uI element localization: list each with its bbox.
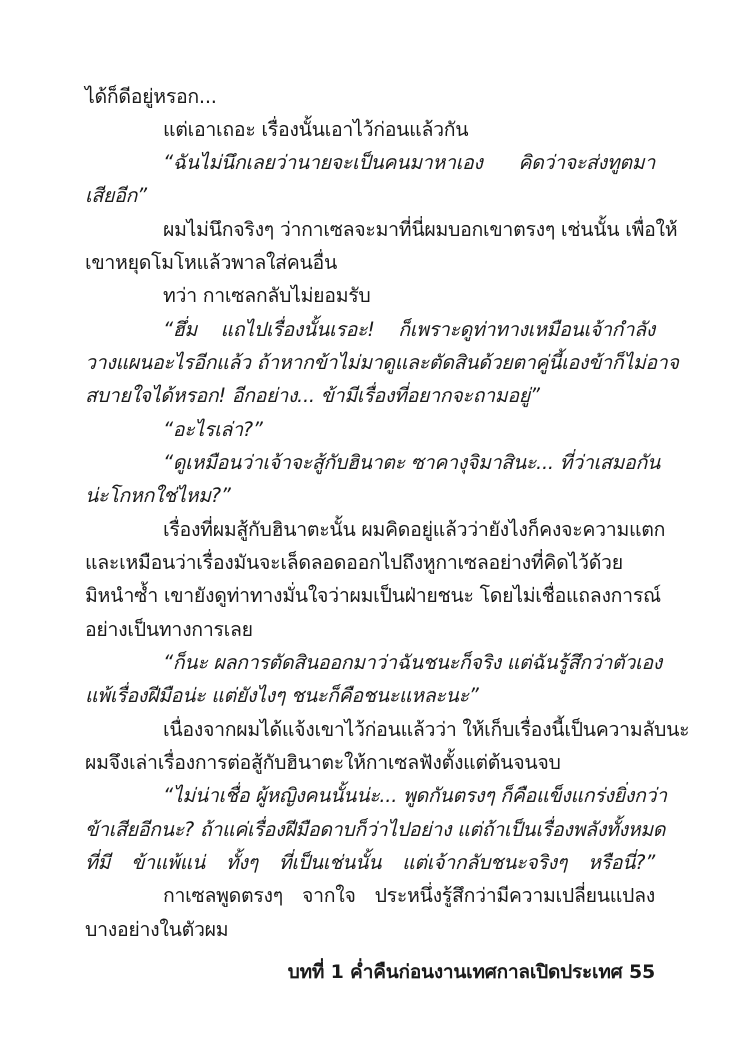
text-line: เนื่องจากผมได้แจ้งเขาไว้ก่อนแล้วว่า ให้เ… [163,713,655,746]
text-line: “ไม่น่าเชื่อ ผู้หญิงคนนั้นน่ะ... พูดกันต… [163,779,655,812]
text-line: บางอย่างในตัวผม [85,913,655,946]
text-line: เรื่องที่ผมสู้กับฮินาตะนั้น ผมคิดอยู่แล้… [163,513,655,546]
text-line: ผมไม่นึกจริงๆ ว่ากาเซลจะมาที่นี่ผมบอกเขา… [163,213,655,246]
page-number: 55 [629,961,655,983]
text-line: กาเซลพูดตรงๆ จากใจ ประหนึ่งรู้สึกว่ามีคว… [163,879,655,912]
text-line: ที่มี ข้าแพ้แน่ ทั้งๆ ที่เป็นเช่นนั้น แต… [85,846,655,879]
text-line: ข้าเสียอีกนะ? ถ้าแค่เรื่องฝีมือดาบก็ว่าไ… [85,813,655,846]
text-line: อย่างเป็นทางการเลย [85,613,655,646]
text-line: ทว่า กาเซลกลับไม่ยอมรับ [163,279,655,312]
text-line: “ฉันไม่นึกเลยว่านายจะเป็นคนมาหาเอง คิดว่… [163,146,655,179]
page-footer: บทที่ 1 ค่ำคืนก่อนงานเทศกาลเปิดประเทศ 55 [288,955,655,989]
text-line: วางแผนอะไรอีกแล้ว ถ้าหากข้าไม่มาดูและตัด… [85,346,655,379]
chapter-title: บทที่ 1 ค่ำคืนก่อนงานเทศกาลเปิดประเทศ [288,961,623,983]
text-line: เสียอีก” [85,179,655,212]
text-line: แพ้เรื่องฝีมือน่ะ แต่ยังไงๆ ชนะก็คือชนะแ… [85,679,655,712]
text-line: น่ะโกหกใช่ไหม?” [85,479,655,512]
text-line: สบายใจได้หรอก! อีกอย่าง... ข้ามีเรื่องที… [85,379,655,412]
text-line: “ก็นะ ผลการตัดสินออกมาว่าฉันชนะก็จริง แต… [163,646,655,679]
text-line: แต่เอาเถอะ เรื่องนั้นเอาไว้ก่อนแล้วกัน [163,113,655,146]
text-line: “ฮึ่ม แถไปเรื่องนั้นเรอะ! ก็เพราะดูท่าทา… [163,313,655,346]
text-line: มิหนำซ้ำ เขายังดูท่าทางมั่นใจว่าผมเป็นฝ่… [85,579,655,612]
text-line: ได้ก็ดีอยู่หรอก... [85,80,655,113]
text-line: และเหมือนว่าเรื่องมันจะเล็ดลอดออกไปถึงหู… [85,546,655,579]
text-line: ผมจึงเล่าเรื่องการต่อสู้กับฮินาตะให้กาเซ… [85,746,655,779]
text-line: “ดูเหมือนว่าเจ้าจะสู้กับฮินาตะ ซาคางุจิม… [163,446,655,479]
text-line: เขาหยุดโมโหแล้วพาลใส่คนอื่น [85,246,655,279]
text-line: “อะไรเล่า?” [163,413,655,446]
